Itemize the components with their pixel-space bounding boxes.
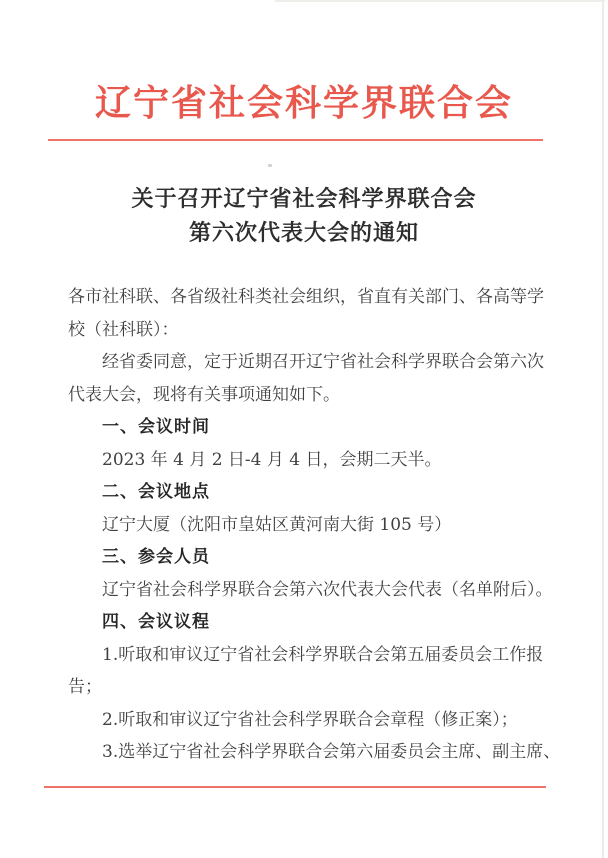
scan-artifact-dot: [268, 164, 272, 167]
body-line: 告；: [68, 671, 541, 704]
document-page: 辽宁省社会科学界联合会 关于召开辽宁省社会科学界联合会 第六次代表大会的通知 各…: [0, 0, 608, 858]
body-line: 1.听取和审议辽宁省社会科学界联合会第五届委员会工作报: [68, 639, 541, 672]
body-line: 3.选举辽宁省社会科学界联合会第六届委员会主席、副主席、: [68, 736, 541, 769]
notice-title-line-2: 第六次代表大会的通知: [0, 216, 608, 250]
body-line: 校（社科联）：: [68, 314, 541, 347]
scan-edge-right: [602, 0, 604, 858]
body-line: 各市社科联、各省级社科类社会组织，省直有关部门、各高等学: [68, 281, 541, 314]
body-line: 代表大会，现将有关事项通知如下。: [68, 379, 541, 412]
letterhead-rule: [48, 139, 543, 141]
body-heading-line: 二、会议地点: [68, 476, 541, 509]
footer-rule: [44, 786, 546, 788]
notice-title-line-1: 关于召开辽宁省社会科学界联合会: [0, 182, 608, 216]
letterhead-title: 辽宁省社会科学界联合会: [0, 81, 608, 125]
body-line: 辽宁大厦（沈阳市皇姑区黄河南大街 105 号）: [68, 509, 541, 542]
body-line: 2.听取和审议辽宁省社会科学界联合会章程（修正案）；: [68, 704, 541, 737]
notice-body: 各市社科联、各省级社科类社会组织，省直有关部门、各高等学校（社科联）：经省委同意…: [68, 281, 541, 769]
body-line: 经省委同意，定于近期召开辽宁省社会科学界联合会第六次: [68, 346, 541, 379]
body-heading-line: 一、会议时间: [68, 411, 541, 444]
scan-artifact-top: [275, 0, 605, 2]
body-line: 辽宁省社会科学界联合会第六次代表大会代表（名单附后）。: [68, 574, 541, 607]
body-heading-line: 四、会议议程: [68, 606, 541, 639]
body-heading-line: 三、参会人员: [68, 541, 541, 574]
notice-title: 关于召开辽宁省社会科学界联合会 第六次代表大会的通知: [0, 182, 608, 250]
body-line: 2023 年 4 月 2 日-4 月 4 日，会期二天半。: [68, 444, 541, 477]
